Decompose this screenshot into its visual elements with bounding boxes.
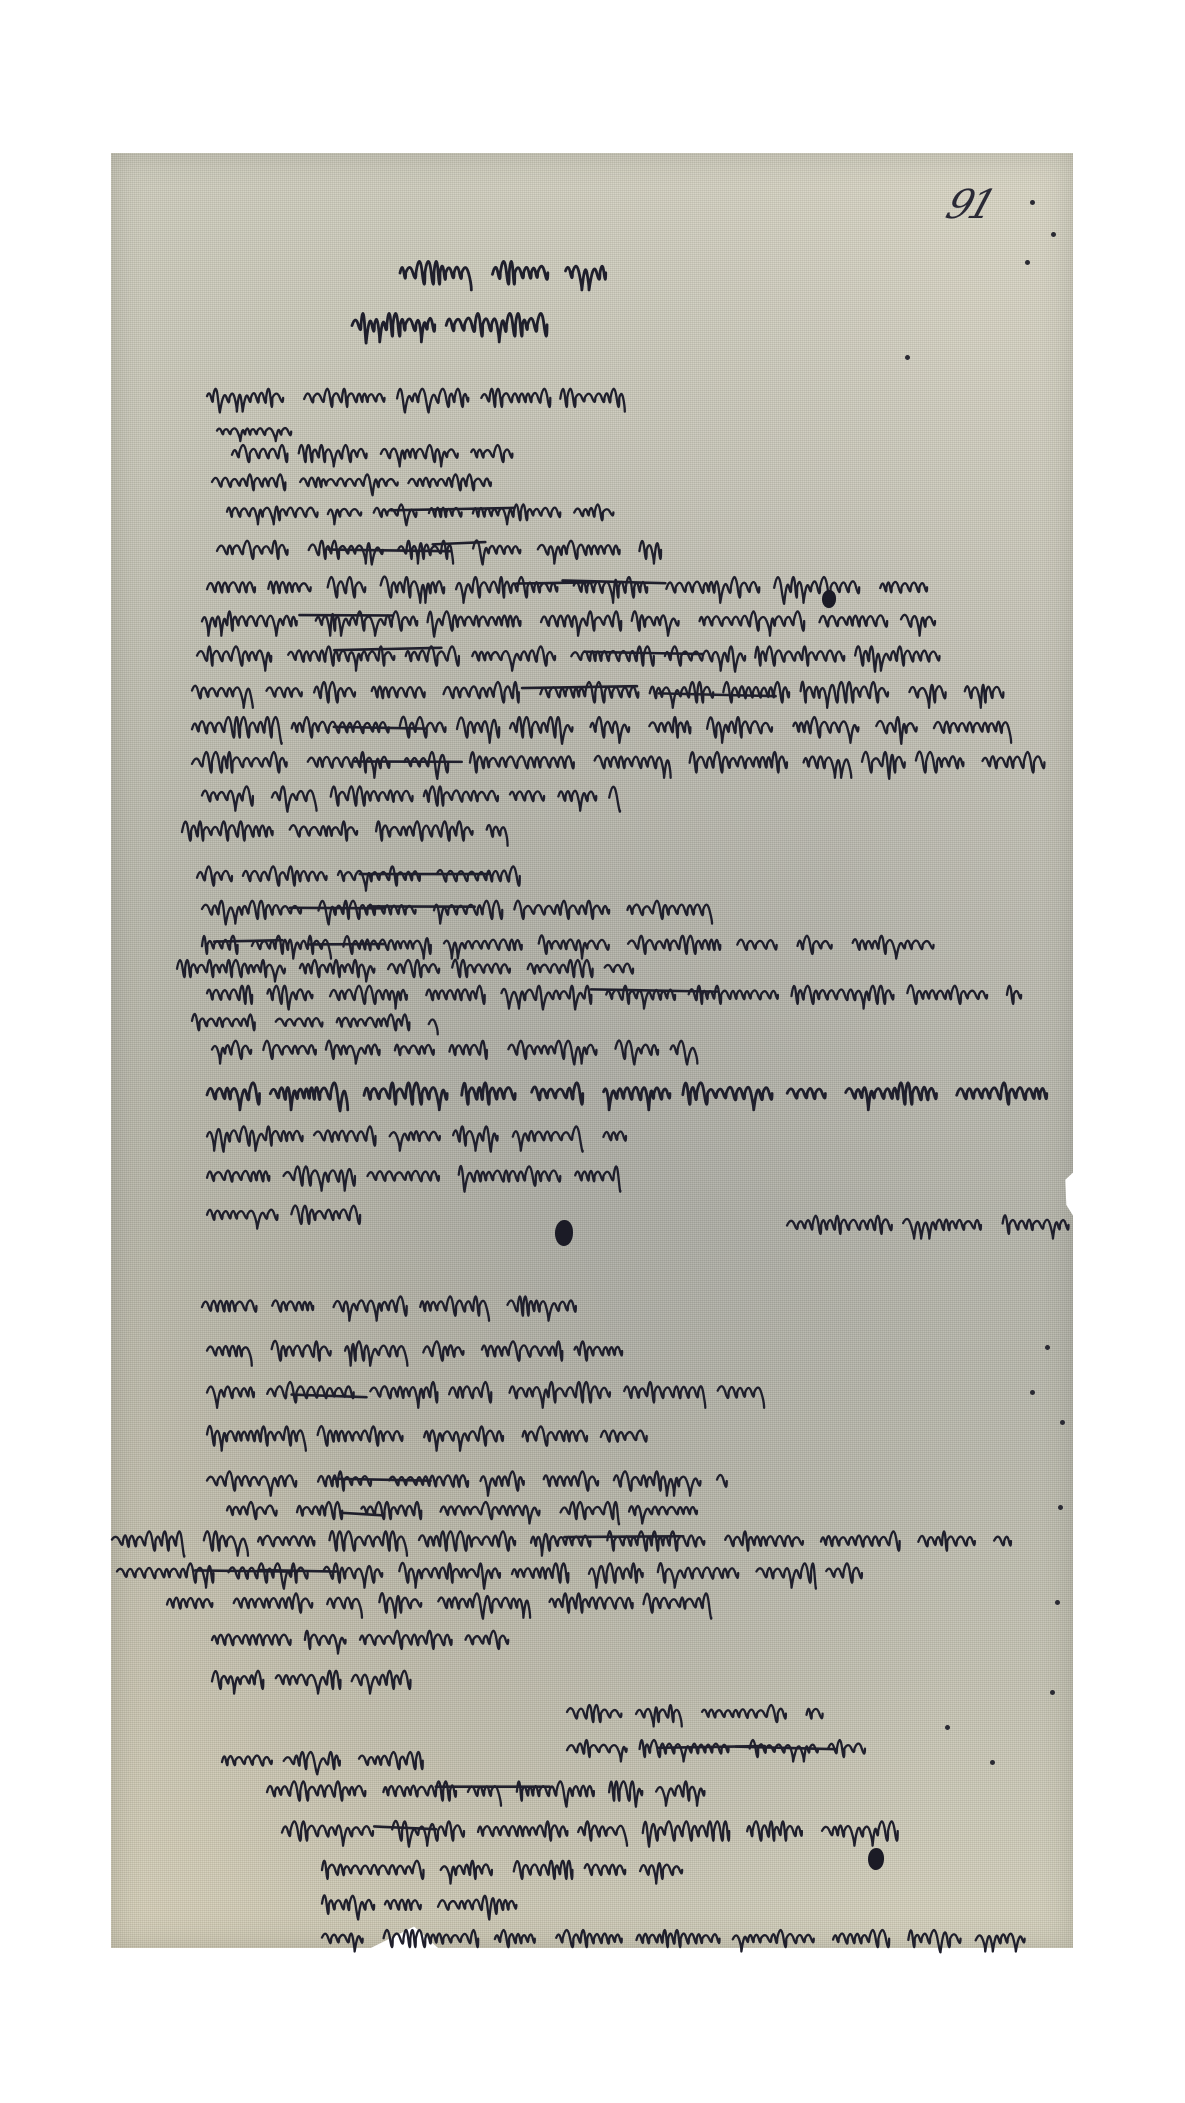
title-line: [illegible handwritten title, line 2]	[350, 300, 550, 340]
stanza-4-line: [illegible line, cut at page edge]	[320, 1920, 1020, 1950]
stanza-3-line: [illegible line]	[205, 1330, 625, 1364]
stanza-4-line: [illegible line]	[320, 1850, 680, 1882]
stanza-2-line: [illegible line]	[195, 855, 535, 889]
stanza-4-line: [illegible interlinear insertion]	[565, 1730, 865, 1760]
stanza-1-line: [illegible line]	[225, 495, 615, 523]
stanza-1-line: [illegible line]	[200, 600, 930, 634]
stanza-1-line: [illegible line]	[190, 705, 1020, 741]
ink-speck	[1050, 1690, 1055, 1695]
stanza-3-line: [illegible line]	[110, 1520, 1010, 1554]
ink-speck	[1055, 1600, 1060, 1605]
stanza-3-line: [illegible line]	[225, 1492, 715, 1522]
ink-speck	[990, 1760, 995, 1765]
stanza-1-line: [illegible line]	[205, 565, 925, 601]
stanza-3-line: [illegible line]	[205, 1415, 645, 1449]
ink-blot	[555, 1220, 573, 1246]
title-line: [illegible handwritten title, line 1]	[398, 248, 608, 288]
stanza-4-line: [illegible line]	[280, 1810, 900, 1844]
stanza-4-line: [illegible line]	[265, 1770, 705, 1804]
stanza-3-line: [illegible line]	[165, 1582, 725, 1616]
stanza-1-line: [illegible line]	[190, 670, 1020, 706]
stanza-1-line: [illegible line]	[190, 740, 1040, 776]
stanza-2-line: [illegible line]	[205, 1195, 355, 1227]
stanza-1-line: [illegible line]	[205, 378, 625, 410]
stanza-1-line: [illegible line]	[180, 810, 510, 844]
stanza-2-line: [illegible line]	[205, 975, 1025, 1007]
stanza-2-line: [illegible line]	[190, 1005, 440, 1033]
stanza-2-line: [illegible line]	[205, 1155, 625, 1189]
ink-speck	[1058, 1505, 1063, 1510]
ink-speck	[1030, 1390, 1035, 1395]
ink-speck	[1025, 260, 1030, 265]
ink-speck	[905, 355, 910, 360]
stanza-3-line: [illegible line]	[200, 1285, 580, 1319]
ink-speck	[1051, 232, 1056, 237]
stanza-1-line: [illegible line]	[215, 530, 665, 562]
stanza-1-line: [illegible line]	[195, 635, 955, 669]
stanza-1-line: [illegible line]	[200, 775, 620, 809]
stanza-1-line: [illegible line]	[210, 465, 490, 493]
stanza-4-line: [illegible line]	[320, 1885, 520, 1917]
ink-speck	[945, 1725, 950, 1730]
stanza-3-line: [illegible line]	[210, 1660, 420, 1692]
stanza-2-line: [illegible marginal note]	[785, 1205, 1065, 1237]
stanza-3-line: [illegible line]	[205, 1370, 765, 1406]
stanza-4-line: [illegible line]	[220, 1742, 420, 1772]
stanza-1-line: [illegible line]	[230, 435, 530, 465]
stanza-4-line: [illegible interlinear insertion]	[565, 1695, 825, 1725]
ink-speck	[1060, 1420, 1065, 1425]
stanza-3-line: [illegible line]	[210, 1620, 530, 1652]
ink-blot	[822, 590, 836, 608]
ink-speck	[1045, 1345, 1050, 1350]
stanza-3-line: [illegible line]	[205, 1460, 725, 1494]
stanza-2-line: [illegible line]	[200, 890, 720, 922]
ink-blot	[868, 1848, 884, 1870]
stanza-2-line: [illegible line]	[210, 1030, 700, 1062]
stanza-2-line: [illegible line]	[205, 1115, 625, 1149]
stanza-3-line: [illegible line]	[115, 1552, 865, 1586]
ink-speck	[1030, 200, 1035, 205]
stanza-2-line: [illegible line]	[205, 1070, 1055, 1108]
